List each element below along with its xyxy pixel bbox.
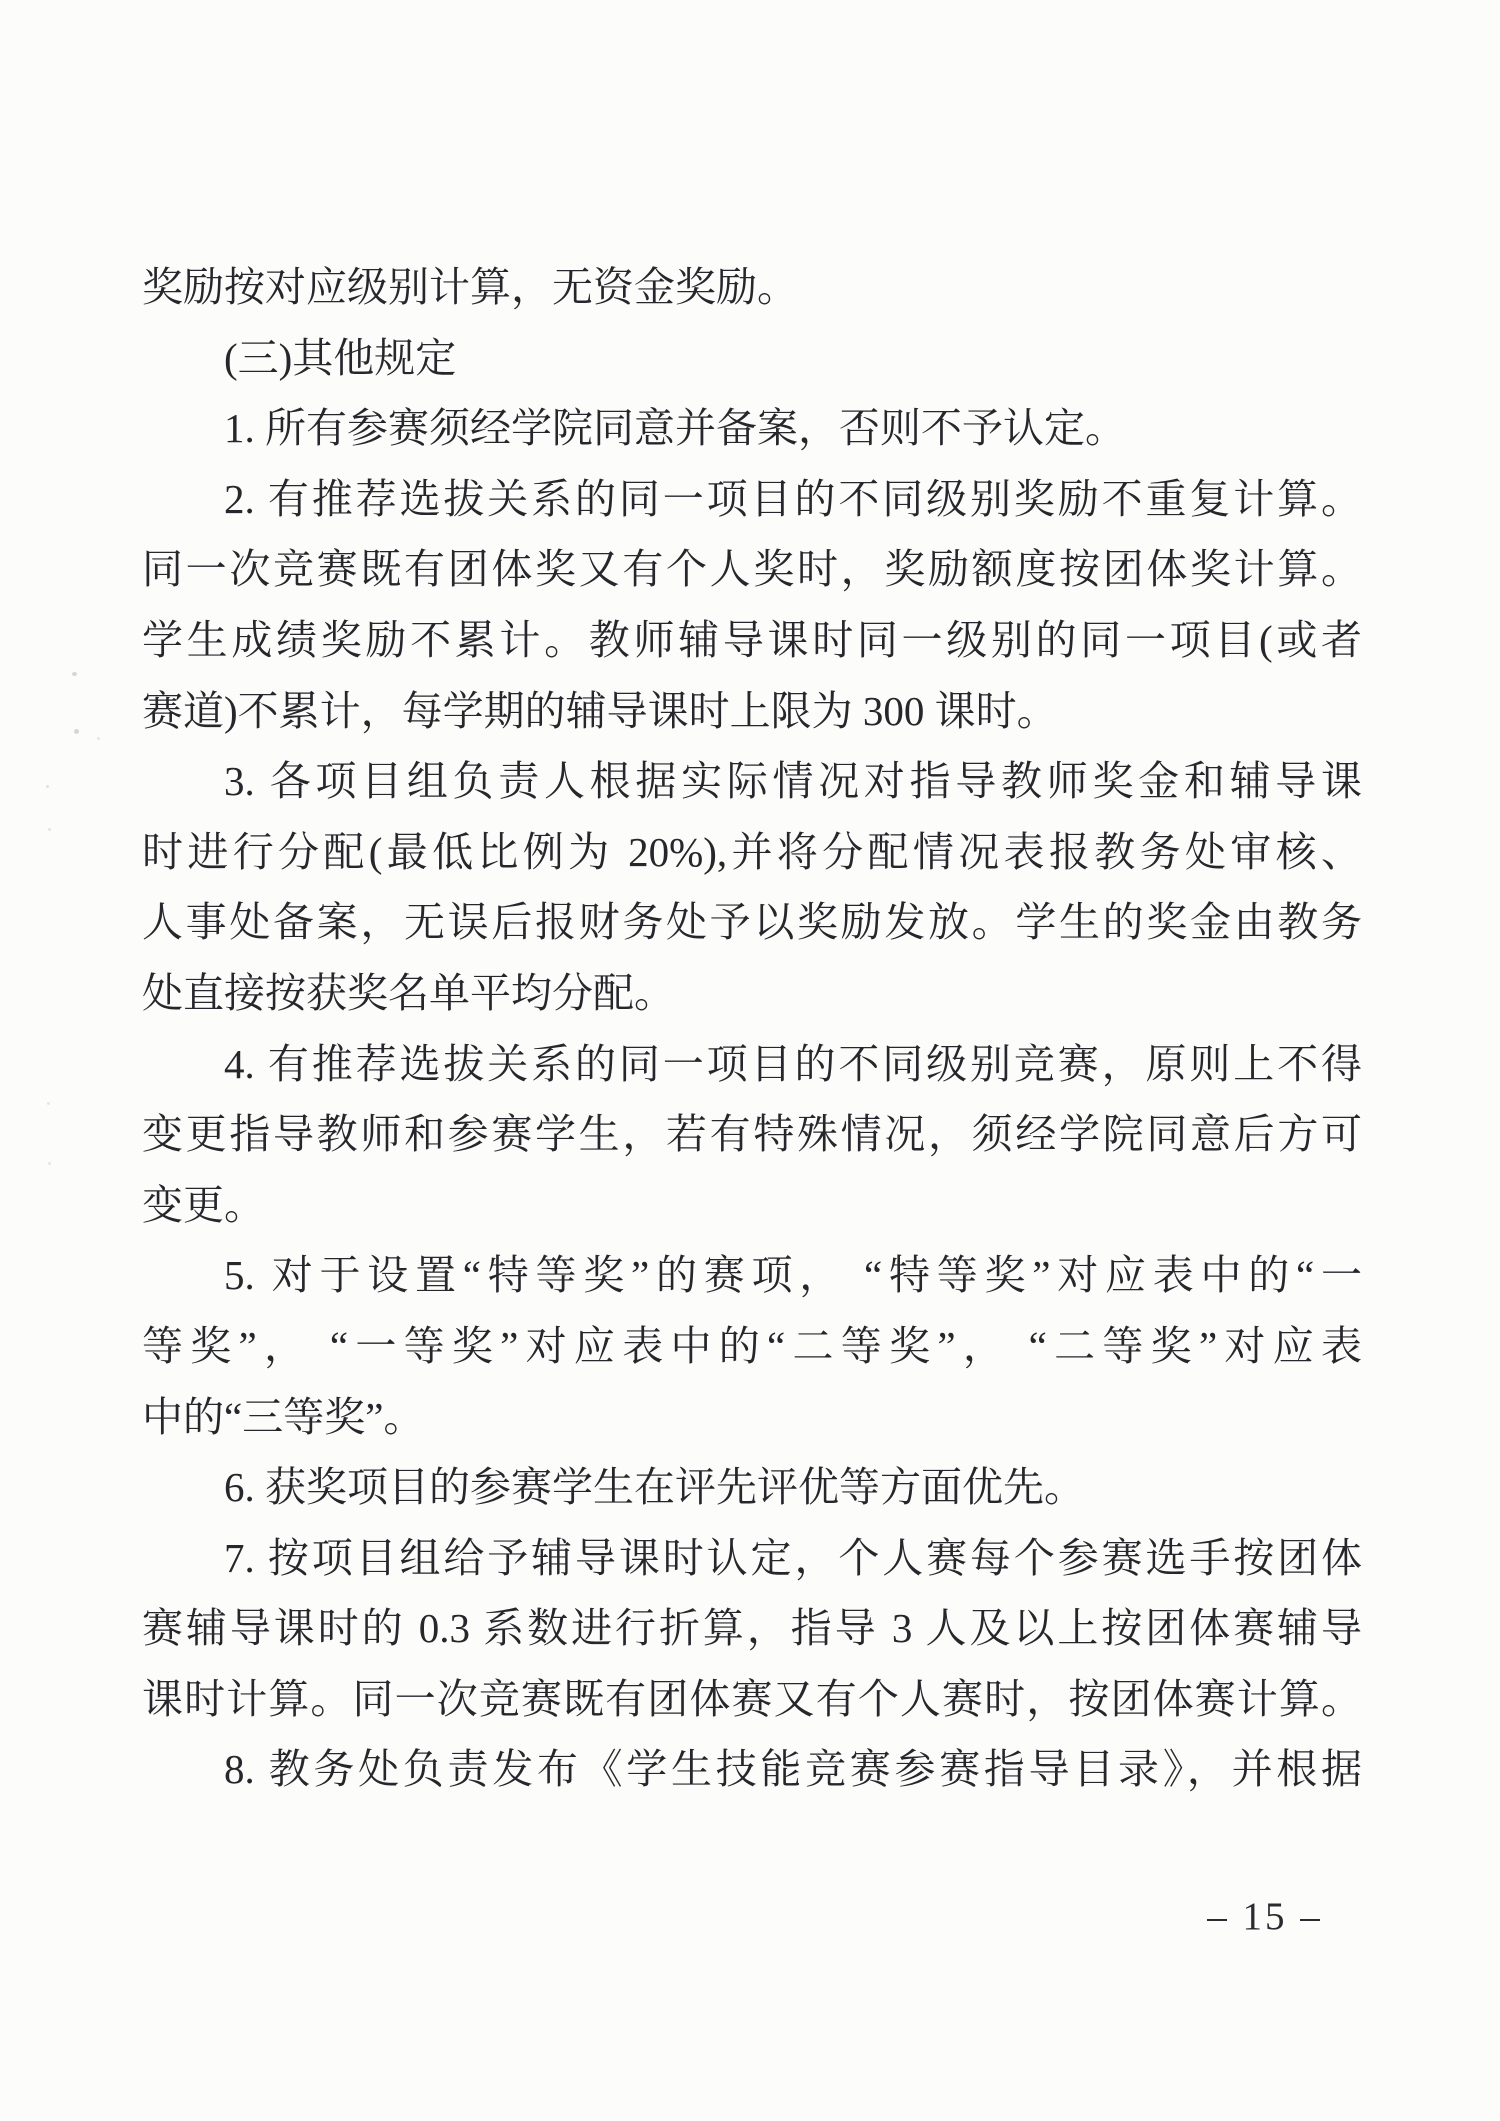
text-line: 1. 所有参赛须经学院同意并备案，否则不予认定。 [142,393,1362,464]
scan-speck [48,828,51,831]
text-line: 中的“三等奖”。 [142,1382,1362,1453]
page-number: – 15 – [1190,1894,1340,1940]
text-line: 8. 教务处负责发布《学生技能竞赛参赛指导目录》，并根据 [142,1734,1362,1805]
body-text: 奖励按对应级别计算，无资金奖励。 (三)其他规定 1. 所有参赛须经学院同意并备… [142,252,1362,1805]
section-heading: (三)其他规定 [142,323,1362,394]
text-line: 课时计算。同一次竞赛既有团体赛又有个人赛时，按团体赛计算。 [142,1664,1362,1735]
scan-speck [48,1162,51,1165]
text-line: 4. 有推荐选拔关系的同一项目的不同级别竞赛，原则上不得 [142,1029,1362,1100]
scan-speck [47,1102,50,1105]
text-line: 赛辅导课时的 0.3 系数进行折算，指导 3 人及以上按团体赛辅导 [142,1593,1362,1664]
text-line: 赛道)不累计，每学期的辅导课时上限为 300 课时。 [142,676,1362,747]
text-line: 3. 各项目组负责人根据实际情况对指导教师奖金和辅导课 [142,746,1362,817]
text-line: 7. 按项目组给予辅导课时认定，个人赛每个参赛选手按团体 [142,1523,1362,1594]
document-page: 奖励按对应级别计算，无资金奖励。 (三)其他规定 1. 所有参赛须经学院同意并备… [0,0,1500,2121]
text-line: 处直接按获奖名单平均分配。 [142,958,1362,1029]
text-line: 时进行分配(最低比例为 20%),并将分配情况表报教务处审核、 [142,817,1362,888]
text-line: 6. 获奖项目的参赛学生在评先评优等方面优先。 [142,1452,1362,1523]
text-line: 5. 对于设置“特等奖”的赛项， “特等奖”对应表中的“一 [142,1240,1362,1311]
text-line: 学生成绩奖励不累计。教师辅导课时同一级别的同一项目(或者 [142,605,1362,676]
text-line: 2. 有推荐选拔关系的同一项目的不同级别奖励不重复计算。 [142,464,1362,535]
text-line: 奖励按对应级别计算，无资金奖励。 [142,252,1362,323]
text-line: 等奖”， “一等奖”对应表中的“二等奖”， “二等奖”对应表 [142,1311,1362,1382]
scan-speck [72,672,77,676]
text-line: 同一次竞赛既有团体奖又有个人奖时，奖励额度按团体奖计算。 [142,534,1362,605]
text-line: 人事处备案，无误后报财务处予以奖励发放。学生的奖金由教务 [142,887,1362,958]
scan-speck [97,737,100,740]
text-line: 变更。 [142,1170,1362,1241]
scan-speck [46,785,49,788]
text-line: 变更指导教师和参赛学生，若有特殊情况，须经学院同意后方可 [142,1099,1362,1170]
scan-speck [74,729,79,734]
